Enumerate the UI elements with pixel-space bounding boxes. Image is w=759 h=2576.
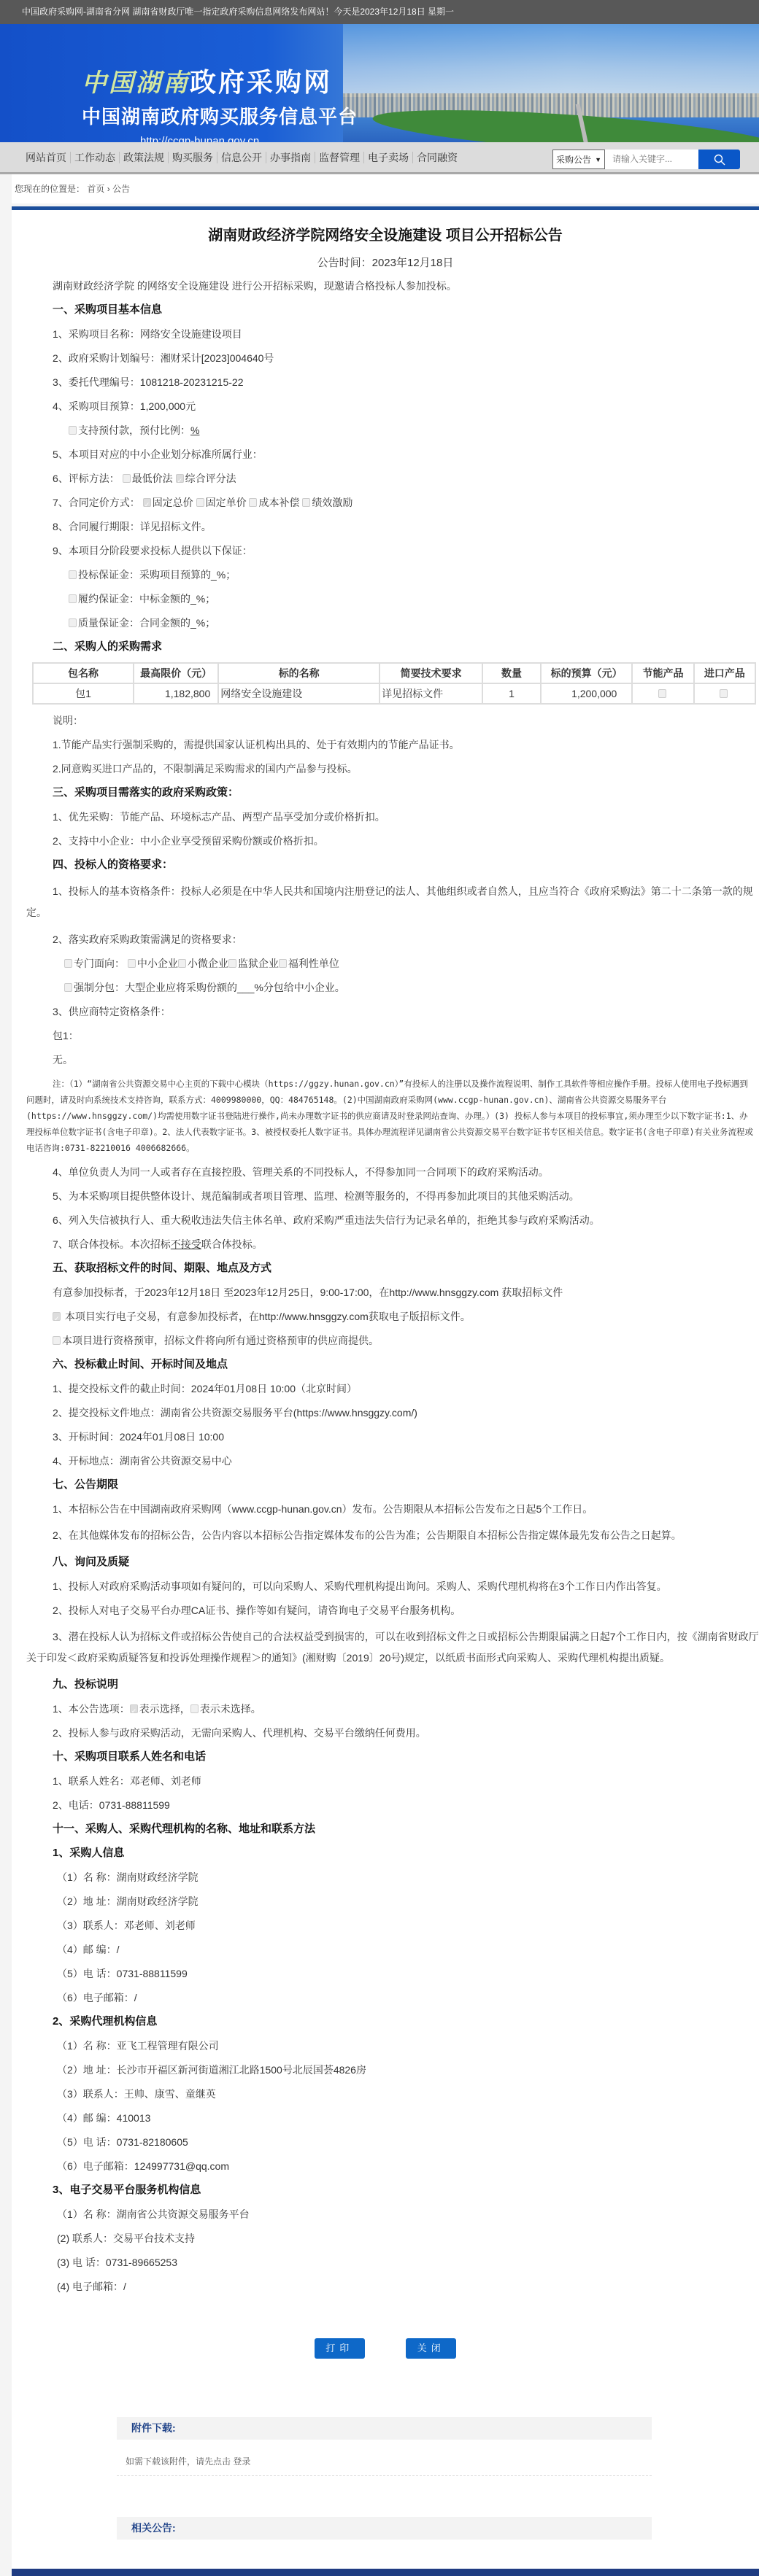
opt-lowest-price: 最低价法 (132, 473, 173, 484)
buyer-contact: （3）联系人：邓老师、刘老师 (26, 1917, 759, 1933)
nav-contract-finance[interactable]: 合同融资 (413, 152, 461, 163)
doc-acquisition: 有意参加投标者，于2023年12月18日 至2023年12月25日，9:00-1… (26, 1284, 759, 1300)
col-energy-saving: 节能产品 (632, 663, 693, 683)
checkbox-prepay (69, 426, 77, 435)
checkbox-performance-bond (69, 594, 77, 603)
notice-page: 湖南财政经济学院网络安全设施建设 项目公开招标公告 公告时间：2023年12月1… (12, 206, 759, 2569)
cell-quantity: 1 (482, 683, 541, 704)
main-nav: 网站首页 工作动态 政策法规 购买服务 信息公开 办事指南 监督管理 电子卖场 … (0, 142, 759, 174)
search-category-value: 采购公告 (556, 153, 591, 166)
nav-supervision[interactable]: 监督管理 (315, 152, 364, 163)
project-name: 1、采购项目名称：网络安全设施建设项目 (26, 326, 759, 342)
checkbox-cost-comp (249, 498, 257, 507)
legend-unselected: 表示未选择。 (200, 1703, 261, 1715)
breadcrumb-home[interactable]: 首页 (87, 184, 104, 194)
cell-energy-saving (632, 683, 693, 704)
plan-number: 2、政府采购计划编号：湘财采计[2023]004640号 (26, 350, 759, 366)
agent-phone: （5）电 话：0731-82180605 (26, 2134, 759, 2150)
nav-policies[interactable]: 政策法规 (120, 152, 169, 163)
note-1: 1.节能产品实行强制采购的，需提供国家认证机构出具的、处于有效期内的节能产品证书… (26, 737, 759, 753)
checkbox-fixed-unit (196, 498, 204, 507)
opt-comprehensive-score: 综合评分法 (185, 473, 236, 484)
e-trade-label: 本项目实行电子交易，有意参加投标者，在http://www.hnsggzy.co… (62, 1311, 471, 1322)
opt-cost-comp: 成本补偿 (258, 497, 299, 508)
consortium-not-accepted: 不接受 (171, 1238, 201, 1250)
notice-period-1: 1、本招标公告在中国湖南政府采购网（www.ccgp-hunan.gov.cn）… (26, 1501, 759, 1517)
intro-text: 湖南财政经济学院 的网络安全设施建设 进行公开招标采购，现邀请合格投标人参加投标… (26, 278, 759, 294)
breadcrumb-separator-icon: › (107, 184, 110, 194)
notice-period-2: 2、在其他媒体发布的招标公告，公告内容以本招标公告指定媒体发布的公告为准；公告期… (26, 1525, 759, 1546)
section-11-heading: 十一、采购人、采购代理机构的名称、地址和联系方法 (26, 1821, 759, 1837)
print-button[interactable]: 打印 (315, 2338, 365, 2359)
opt-fixed-unit: 固定单价 (206, 497, 247, 508)
platform-email: (4) 电子邮箱：/ (26, 2278, 759, 2294)
guarantee-bid: 投标保证金：采购项目预算的_%； (26, 567, 759, 583)
attachments-heading: 附件下载: (117, 2417, 652, 2440)
policy-2: 2、支持中小企业：中小企业享受预留采购份额或价格折扣。 (26, 833, 759, 849)
qual-4: 4、单位负责人为同一人或者存在直接控股、管理关系的不同投标人，不得参加同一合同项… (26, 1164, 759, 1180)
contact-phone: 2、电话：0731-88811599 (26, 1797, 759, 1813)
checkbox-micro (178, 959, 186, 968)
site-logo[interactable]: 中国湖南政府采购网 中国湖南政府购买服务信息平台 http://ccgp-hun… (82, 62, 358, 142)
breadcrumb-prefix: 您现在的位置是： (15, 184, 85, 194)
platform-info-heading: 3、电子交易平台服务机构信息 (26, 2182, 759, 2198)
opt-welfare: 福利性单位 (288, 958, 339, 969)
prequal-option: 本项目进行资格预审，招标文件将向所有通过资格预审的供应商提供。 (26, 1332, 759, 1349)
nav-e-mall[interactable]: 电子卖场 (364, 152, 413, 163)
qual-specific: 3、供应商特定资格条件： (26, 1004, 759, 1020)
top-info-bar: 中国政府采购网-湖南省分网 湖南省财政厅唯一指定政府采购信息网络发布网站！今天是… (0, 0, 759, 24)
section-9-heading: 九、投标说明 (26, 1677, 759, 1693)
attachments-panel: 附件下载: 如需下载该附件，请先点击 登录 (117, 2417, 652, 2476)
col-quantity: 数量 (482, 663, 541, 683)
e-trade-option: 本项目实行电子交易，有意参加投标者，在http://www.hnsggzy.co… (26, 1308, 759, 1324)
related-notices-panel: 相关公告: (117, 2517, 652, 2540)
prepayment-option: 支持预付款，预付比例：% (26, 422, 759, 438)
section-10-heading: 十、采购项目联系人姓名和电话 (26, 1749, 759, 1765)
agent-contact: （3）联系人：王帅、康雪、童继英 (26, 2086, 759, 2102)
banner-sky (343, 24, 759, 97)
qual-dedicated: 专门面向： 中小企业小微企业监狱企业福利性单位 (26, 955, 759, 971)
logo-subtitle: 中国湖南政府购买服务信息平台 (82, 102, 358, 129)
chevron-down-icon: ▼ (595, 156, 601, 163)
notice-content: 湖南财政经济学院 的网络安全设施建设 进行公开招标采购，现邀请合格投标人参加投标… (12, 278, 759, 2294)
contract-period: 8、合同履行期限：详见招标文件。 (26, 519, 759, 535)
cell-imported (694, 683, 755, 704)
agency-number: 3、委托代理编号：1081218-20231215-22 (26, 374, 759, 390)
buyer-name: （1）名 称：湖南财政经济学院 (26, 1869, 759, 1885)
checkbox-lowest-price (123, 474, 131, 483)
checkbox-fixed-total (143, 498, 151, 507)
checkbox-comprehensive-score (176, 474, 184, 483)
buyer-postcode: （4）邮 编：/ (26, 1941, 759, 1958)
logo-url: http://ccgp-hunan.gov.cn (140, 135, 358, 142)
opt-fixed-total: 固定总价 (153, 497, 193, 508)
cell-item-name: 网络安全设施建设 (218, 683, 379, 704)
platform-name: （1）名 称：湖南省公共资源交易服务平台 (26, 2206, 759, 2222)
buyer-info-heading: 1、采购人信息 (26, 1845, 759, 1861)
checkbox-prequal (53, 1336, 61, 1345)
quality-bond-label: 质量保证金：合同金额的_%； (78, 617, 215, 629)
checkbox-welfare (279, 959, 287, 968)
checkbox-quality-bond (69, 618, 77, 627)
requirements-table: 包名称 最高限价（元） 标的名称 简要技术要求 数量 标的预算（元） 节能产品 … (32, 662, 756, 705)
breadcrumb-current: 公告 (112, 184, 130, 194)
pricing-label: 7、合同定价方式： (53, 497, 140, 508)
qual-7: 7、联合体投标。本次招标不接受联合体投标。 (26, 1236, 759, 1252)
pricing-method: 7、合同定价方式： 固定总价 固定单价 成本补偿 绩效激励 (26, 494, 759, 511)
search-icon (714, 154, 725, 166)
related-heading: 相关公告: (117, 2517, 652, 2540)
contact-names: 1、联系人姓名：邓老师、刘老师 (26, 1773, 759, 1789)
opt-performance: 绩效激励 (312, 497, 352, 508)
bid-location: 2、提交投标文件地点：湖南省公共资源交易服务平台(https://www.hns… (26, 1405, 759, 1421)
attachments-text: 如需下载该附件，请先点击 (126, 2456, 231, 2467)
agent-name: （1）名 称：亚飞工程管理有限公司 (26, 2038, 759, 2054)
qual-none: 无。 (26, 1052, 759, 1068)
section-3-heading: 三、采购项目需落实的政府采购政策： (26, 785, 759, 801)
guarantee-intro: 9、本项目分阶段要求投标人提供以下保证： (26, 543, 759, 559)
section-7-heading: 七、公告期限 (26, 1477, 759, 1493)
breadcrumb: 您现在的位置是： 首页 › 公告 (12, 174, 759, 203)
nav-purchase-services[interactable]: 购买服务 (169, 152, 217, 163)
dedicated-label: 专门面向： (74, 958, 125, 969)
opt-sme: 中小企业 (137, 958, 178, 969)
action-buttons: 打印 关闭 (12, 2338, 759, 2359)
login-link[interactable]: 登录 (233, 2456, 250, 2467)
col-package: 包名称 (33, 663, 134, 683)
col-item-name: 标的名称 (218, 663, 379, 683)
search-category-select[interactable]: 采购公告▼ (552, 150, 605, 169)
checkbox-e-trade (53, 1312, 61, 1321)
platform-phone: (3) 电 话：0731-89665253 (26, 2254, 759, 2270)
search-bar: 采购公告▼ (552, 150, 740, 169)
checkbox-prison (228, 959, 236, 968)
logo-title: 政府采购网 (190, 67, 332, 97)
buyer-address: （2）地 址：湖南财政经济学院 (26, 1893, 759, 1909)
agent-postcode: （4）邮 编：410013 (26, 2110, 759, 2126)
col-tech-req: 简要技术要求 (379, 663, 482, 683)
page-footer-bar (12, 2569, 759, 2576)
table-row: 包1 1,182,800 网络安全设施建设 详见招标文件 1 1,200,000 (33, 683, 755, 704)
checkbox-subcontract (64, 983, 72, 992)
buyer-email: （6）电子邮箱：/ (26, 1990, 759, 2006)
section-8-heading: 八、询问及质疑 (26, 1554, 759, 1570)
bid-explain-1: 1、本公告选项：表示选择，表示未选择。 (26, 1701, 759, 1717)
checkbox-legend-unselected (190, 1704, 199, 1713)
performance-bond-label: 履约保证金：中标金额的_%； (78, 593, 215, 605)
nav-guide[interactable]: 办事指南 (266, 152, 315, 163)
checkbox-sme (128, 959, 136, 968)
buyer-phone: （5）电 话：0731-88811599 (26, 1966, 759, 1982)
digital-cert-note: 注：（1）“湖南省公共资源交易中心主页的下载中心模块（https://ggzy.… (26, 1076, 759, 1156)
close-button[interactable]: 关闭 (406, 2338, 456, 2359)
checkbox-performance (302, 498, 310, 507)
checkbox-dedicated (64, 959, 72, 968)
section-4-heading: 四、投标人的资格要求： (26, 857, 759, 873)
policy-1: 1、优先采购：节能产品、环境标志产品、两型产品享受加分或价格折扣。 (26, 809, 759, 825)
publish-date: 公告时间：2023年12月18日 (12, 255, 759, 270)
guarantee-quality: 质量保证金：合同金额的_%； (26, 615, 759, 631)
checkbox-bid-bond (69, 570, 77, 579)
table-header-row: 包名称 最高限价（元） 标的名称 简要技术要求 数量 标的预算（元） 节能产品 … (33, 663, 755, 683)
note-2: 2.同意购买进口产品的，不限制满足采购需求的国内产品参与投标。 (26, 761, 759, 777)
agent-address: （2）地 址：长沙市开福区新河街道湘江北路1500号北辰国荟4826房 (26, 2062, 759, 2078)
section-6-heading: 六、投标截止时间、开标时间及地点 (26, 1357, 759, 1373)
bid-explain-2: 2、投标人参与政府采购活动，无需向采购人、代理机构、交易平台缴纳任何费用。 (26, 1725, 759, 1741)
inquiry-3: 3、潜在投标人认为招标文件或招标公告使自己的合法权益受到损害的，可以在收到招标文… (26, 1626, 759, 1669)
section-1-heading: 一、采购项目基本信息 (26, 302, 759, 318)
prequal-label: 本项目进行资格预审，招标文件将向所有通过资格预审的供应商提供。 (62, 1335, 379, 1346)
col-imported: 进口产品 (694, 663, 755, 683)
evaluation-method: 6、评标方法： 最低价法 综合评分法 (26, 470, 759, 486)
qual-basic: 1、投标人的基本资格条件：投标人必须是在中华人民共和国境内注册登记的法人、其他组… (26, 881, 759, 923)
checkbox-imported (720, 689, 728, 698)
logo-calligraphy: 中国湖南 (82, 69, 190, 98)
cell-max-price: 1,182,800 (134, 683, 218, 704)
qual-package: 包1： (26, 1028, 759, 1044)
project-budget: 4、采购项目预算：1,200,000元 (26, 398, 759, 414)
nav-home[interactable]: 网站首页 (22, 152, 71, 163)
bid-deadline: 1、提交投标文件的截止时间：2024年01月08日 10:00（北京时间） (26, 1381, 759, 1397)
agent-email: （6）电子邮箱：124997731@qq.com (26, 2158, 759, 2174)
cell-package: 包1 (33, 683, 134, 704)
checkbox-legend-selected (130, 1704, 138, 1713)
checkbox-energy-saving (658, 689, 666, 698)
cell-item-budget: 1,200,000 (541, 683, 632, 704)
nav-info-disclosure[interactable]: 信息公开 (217, 152, 266, 163)
legend-pre: 1、本公告选项： (53, 1703, 130, 1715)
qual-6: 6、列入失信被执行人、重大税收违法失信主体名单、政府采购严重违法失信行为记录名单… (26, 1212, 759, 1228)
opening-location: 4、开标地点：湖南省公共资源交易中心 (26, 1453, 759, 1469)
legend-selected: 表示选择， (139, 1703, 190, 1715)
qual-subcontract: 强制分包：大型企业应将采购份额的___%分包给中小企业。 (26, 979, 759, 996)
prepay-label: 支持预付款，预付比例： (78, 424, 190, 436)
inquiry-2: 2、投标人对电子交易平台办理CA证书、操作等如有疑问，请咨询电子交易平台服务机构… (26, 1602, 759, 1618)
nav-work-news[interactable]: 工作动态 (71, 152, 120, 163)
opt-prison: 监狱企业 (238, 958, 279, 969)
prepay-ratio: % (190, 424, 199, 436)
col-max-price: 最高限价（元） (134, 663, 218, 683)
sme-industry: 5、本项目对应的中小企业划分标准所属行业： (26, 446, 759, 462)
attachments-body: 如需下载该附件，请先点击 登录 (117, 2447, 652, 2476)
qual-policy: 2、落实政府采购政策需满足的资格要求： (26, 931, 759, 947)
evaluation-label: 6、评标方法： (53, 473, 120, 484)
subcontract-label: 强制分包：大型企业应将采购份额的___%分包给中小企业。 (74, 982, 345, 993)
bid-bond-label: 投标保证金：采购项目预算的_%； (78, 569, 236, 581)
col-item-budget: 标的预算（元） (541, 663, 632, 683)
consortium-pre: 7、联合体投标。本次招标 (53, 1238, 171, 1250)
notes-label: 说明： (26, 713, 759, 729)
inquiry-1: 1、投标人对政府采购活动事项如有疑问的，可以向采购人、采购代理机构提出询问。采购… (26, 1578, 759, 1594)
section-2-heading: 二、采购人的采购需求 (26, 639, 759, 655)
qual-5: 5、为本采购项目提供整体设计、规范编制或者项目管理、监理、检测等服务的，不得再参… (26, 1188, 759, 1204)
guarantee-performance: 履约保证金：中标金额的_%； (26, 591, 759, 607)
section-5-heading: 五、获取招标文件的时间、期限、地点及方式 (26, 1260, 759, 1276)
search-button[interactable] (698, 150, 740, 169)
cell-tech-req: 详见招标文件 (379, 683, 482, 704)
agent-info-heading: 2、采购代理机构信息 (26, 2014, 759, 2030)
page-title: 湖南财政经济学院网络安全设施建设 项目公开招标公告 (12, 210, 759, 244)
opening-time: 3、开标时间：2024年01月08日 10:00 (26, 1429, 759, 1445)
platform-contact: (2) 联系人：交易平台技术支持 (26, 2230, 759, 2246)
opt-micro: 小微企业 (188, 958, 228, 969)
consortium-post: 联合体投标。 (201, 1238, 263, 1250)
search-input[interactable] (605, 150, 698, 169)
site-banner: 中国湖南政府采购网 中国湖南政府购买服务信息平台 http://ccgp-hun… (0, 24, 759, 142)
